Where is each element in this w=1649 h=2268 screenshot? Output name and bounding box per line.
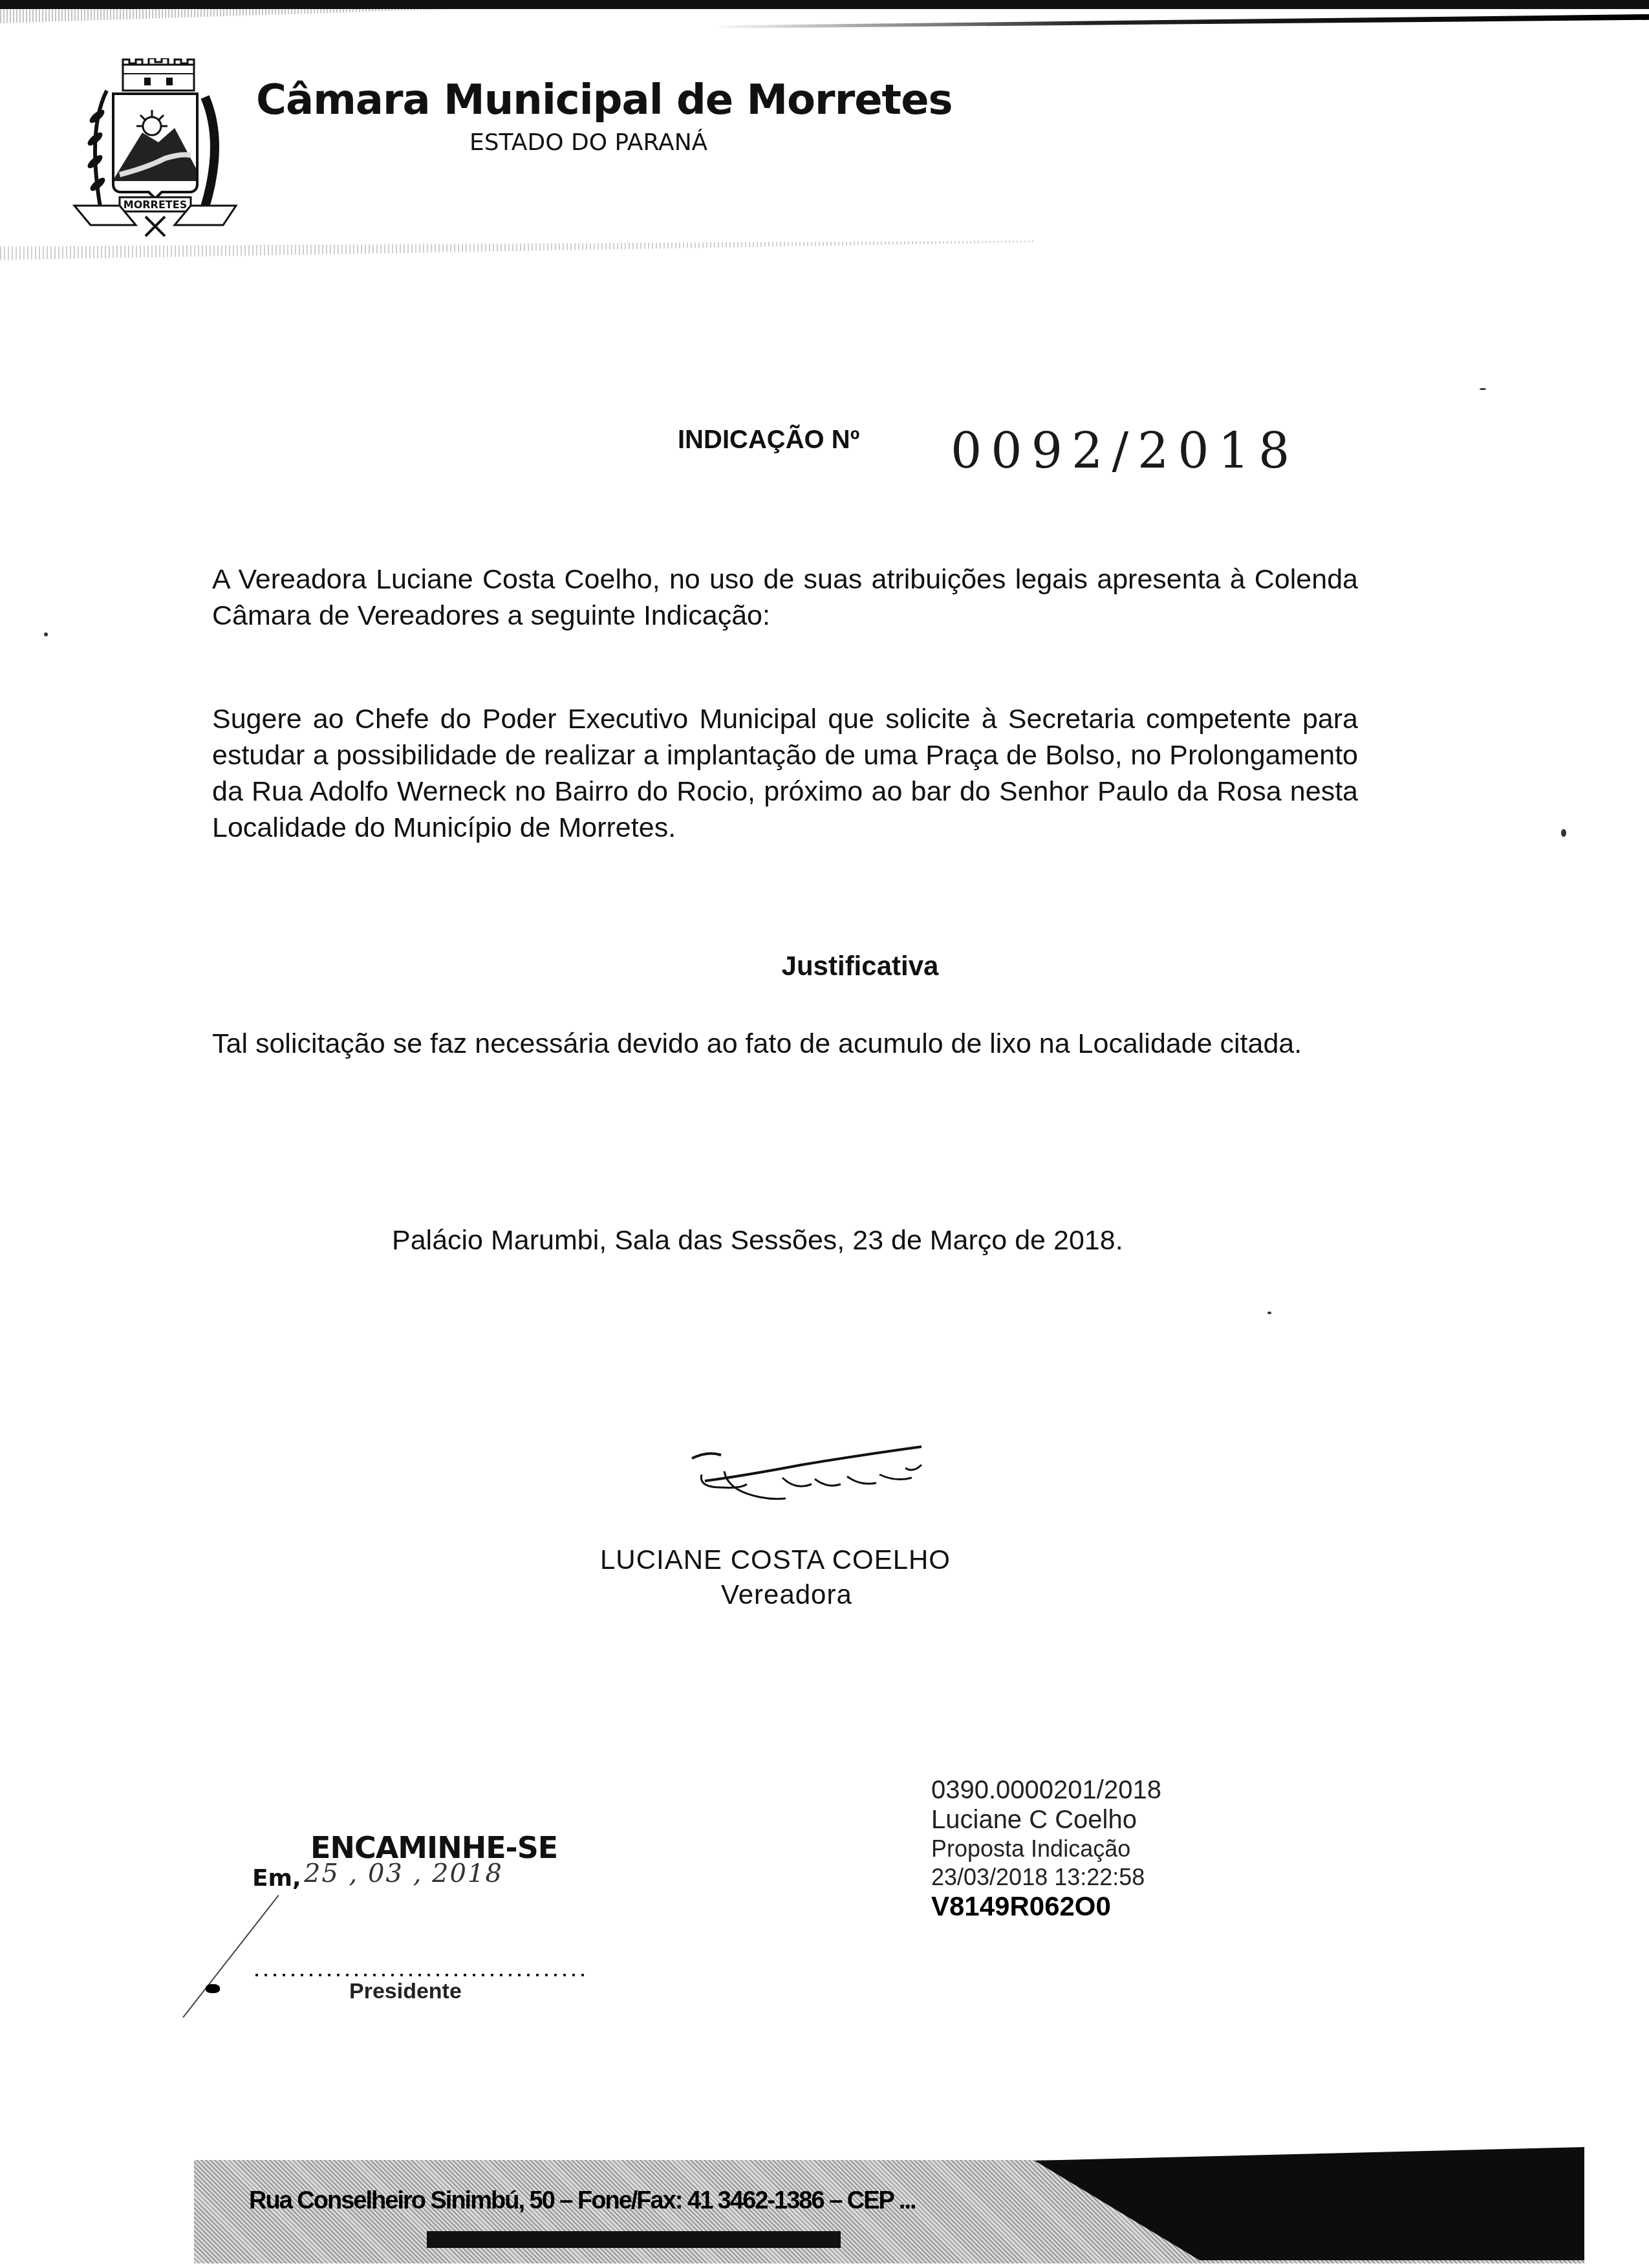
closing-line: Palácio Marumbi, Sala das Sessões, 23 de… — [392, 1225, 1123, 1257]
signer-name: LUCIANE COSTA COELHO — [600, 1544, 951, 1575]
stamp-handwritten-date: 25 , 03 , 2018 — [304, 1859, 503, 1888]
signer-role: Vereadora — [721, 1579, 852, 1610]
stamp-signer-label: Presidente — [349, 1979, 462, 2004]
indication-number-stamp: 0092/2018 — [951, 422, 1299, 479]
organization-name: Câmara Municipal de Morretes — [256, 76, 953, 124]
footer-obscured-line — [427, 2231, 841, 2248]
justification-heading: Justificativa — [0, 951, 1649, 982]
handwritten-signature-icon — [685, 1445, 964, 1517]
protocol-code: V8149R062O0 — [931, 1892, 1161, 1921]
header-top-bar — [0, 0, 1649, 9]
stamp-signature-line — [252, 1972, 588, 1978]
header-scan-noise — [0, 9, 453, 23]
scan-speck — [206, 1984, 220, 1993]
intro-paragraph: A Vereadora Luciane Costa Coelho, no uso… — [212, 561, 1358, 634]
stamp-date-prefix: Em, — [252, 1865, 301, 1892]
stamp-signature-stroke — [182, 1895, 279, 2018]
forwarding-stamp: ENCAMINHE-SE Em, 25 , 03 , 2018 Presiden… — [252, 1824, 614, 2018]
scan-speck — [44, 632, 48, 636]
scan-speck — [1561, 829, 1566, 837]
protocol-timestamp: 23/03/2018 13:22:58 — [931, 1863, 1161, 1892]
organization-state: ESTADO DO PARANÁ — [469, 129, 707, 156]
header-swoosh — [711, 14, 1649, 28]
request-paragraph: Sugere ao Chefe do Poder Executivo Munic… — [212, 701, 1358, 846]
protocol-number: 0390.0000201/2018 — [931, 1775, 1161, 1805]
footer-banner: Rua Conselheiro Sinimbú, 50 – Fone/Fax: … — [194, 2147, 1584, 2263]
coat-of-arms-icon: MORRETES — [68, 58, 242, 239]
svg-text:MORRETES: MORRETES — [124, 199, 187, 211]
protocol-type: Proposta Indicação — [931, 1835, 1161, 1863]
protocol-block: 0390.0000201/2018 Luciane C Coelho Propo… — [931, 1775, 1161, 1921]
footer-address: Rua Conselheiro Sinimbú, 50 – Fone/Fax: … — [249, 2187, 916, 2215]
scan-speck — [1267, 1312, 1271, 1314]
header-rule — [0, 241, 1035, 260]
scan-speck — [1480, 388, 1486, 390]
protocol-author: Luciane C Coelho — [931, 1805, 1161, 1835]
indication-label: INDICAÇÃO Nº — [678, 426, 859, 455]
justification-paragraph: Tal solicitação se faz necessária devido… — [212, 1026, 1358, 1062]
